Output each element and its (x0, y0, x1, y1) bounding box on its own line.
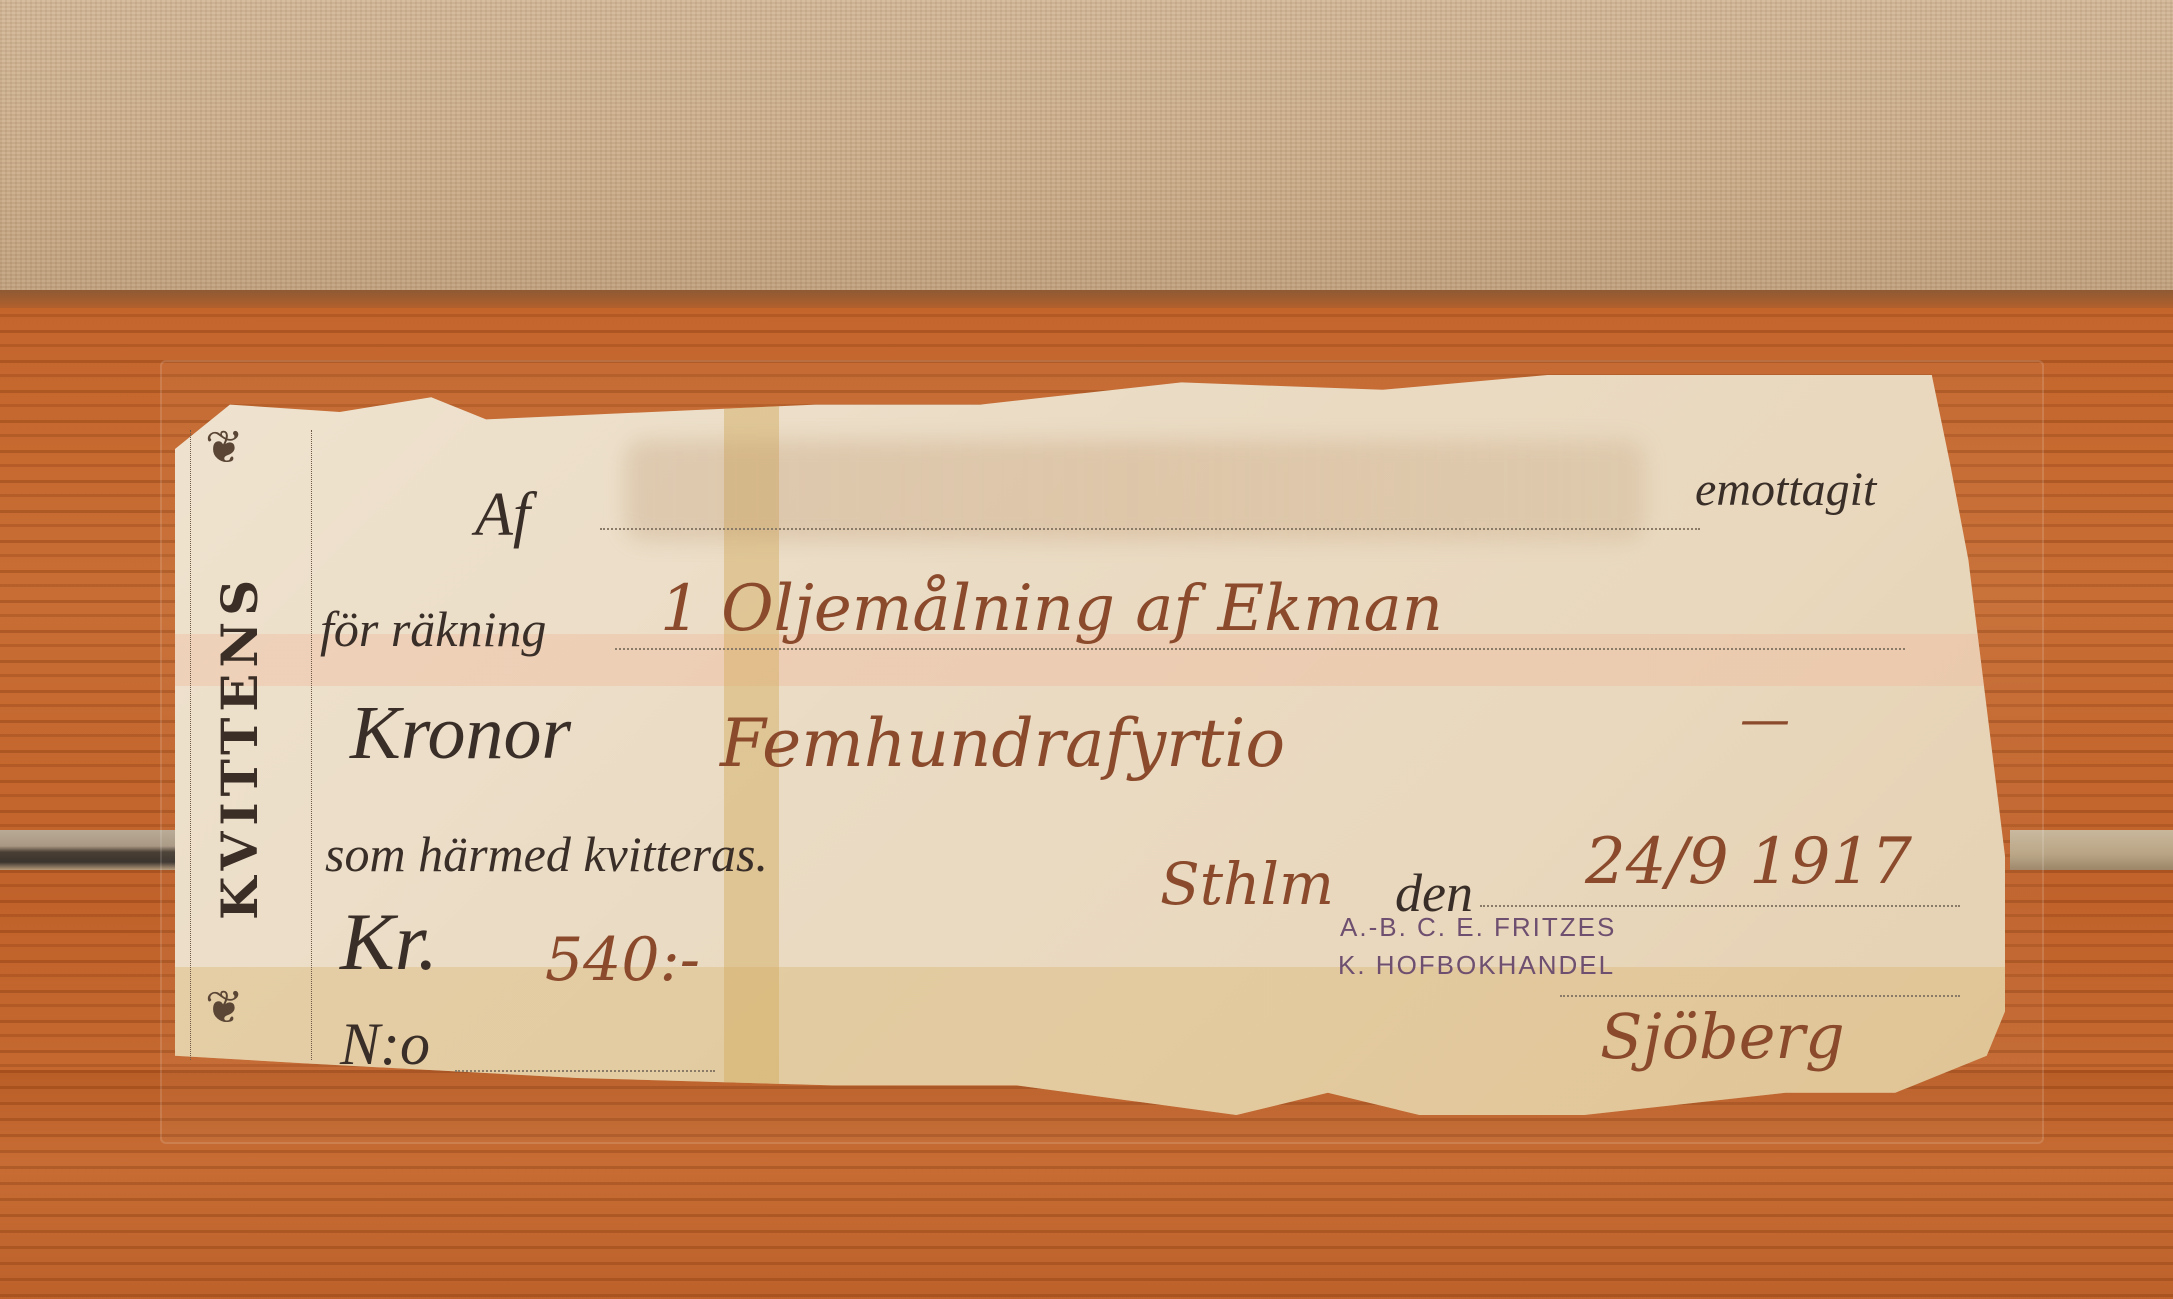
number-line (455, 1070, 715, 1072)
signature-line (1560, 995, 1960, 997)
redacted-payer-name (625, 440, 1645, 540)
label-emottagit: emottagit (1695, 462, 1876, 517)
label-af: Af (475, 480, 530, 551)
label-no: N:o (340, 1010, 430, 1079)
receipt-side-title: KVITTENS (210, 574, 269, 920)
label-kronor: Kronor (350, 690, 571, 777)
ornament-top-icon: ❦ (205, 425, 244, 471)
amount-dash: — (1740, 690, 1790, 748)
date-line (1480, 905, 1960, 907)
handwritten-item: 1 Oljemålning af Ekman (660, 572, 1443, 646)
handwritten-amount-words: Femhundrafyrtio (720, 705, 1285, 782)
painting-canvas-back (0, 0, 2173, 300)
handwritten-place: Sthlm (1160, 850, 1334, 918)
payer-line (600, 528, 1700, 530)
item-line (615, 648, 1905, 650)
label-som-harmed: som härmed kvitteras. (325, 825, 768, 883)
stamp-line-2: K. HOFBOKHANDEL (1338, 950, 1615, 981)
ornament-bottom-icon: ❦ (205, 985, 244, 1031)
stamp-line-1: A.-B. C. E. FRITZES (1340, 912, 1616, 943)
label-kr: Kr. (340, 895, 438, 989)
label-for-rakning: för räkning (320, 600, 546, 658)
frame-edge (0, 290, 2173, 308)
handwritten-signature: Sjöberg (1600, 1000, 1845, 1073)
handwritten-date: 24/9 1917 (1585, 825, 1912, 899)
handwritten-amount: 540:- (545, 925, 700, 995)
